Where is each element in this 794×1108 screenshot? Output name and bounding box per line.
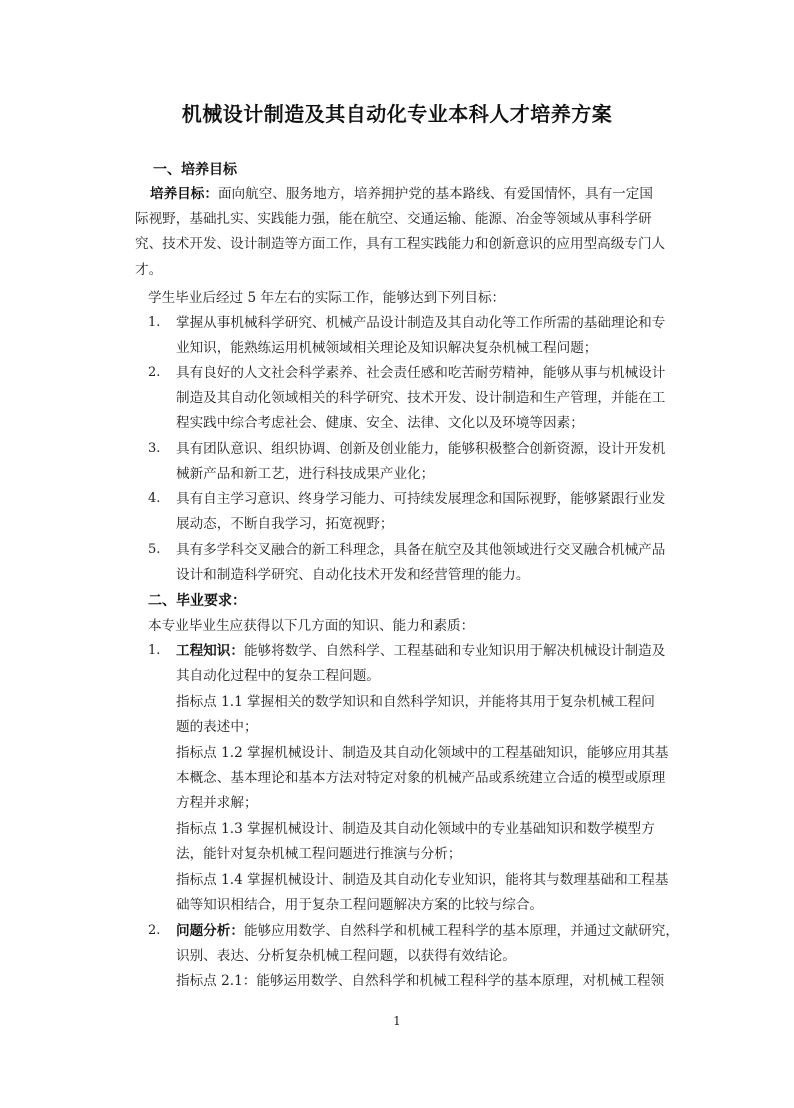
goal-line: 设计和制造科学研究、自动化技术开发和经营管理的能力。 — [176, 566, 529, 584]
requirement-line: 工程知识：能够将数学、自然科学、工程基础和专业知识用于解决机械设计制造及 — [176, 642, 665, 660]
indicator-line: 础等知识相结合，用于复杂工程问题解决方案的比较与综合。 — [176, 896, 543, 914]
objective-paragraph-line: 才。 — [135, 261, 162, 279]
goal-line: 业知识，能熟练运用机械领域相关理论及知识解决复杂机械工程问题； — [176, 339, 597, 357]
goal-line: 具有团队意识、组织协调、创新及创业能力，能够积极整合创新资源，设计开发机 — [176, 440, 665, 458]
document-page: 机械设计制造及其自动化专业本科人才培养方案 一、培养目标 培养目标：面向航空、服… — [0, 0, 794, 1108]
requirement-line: 识别、表达、分析复杂机械工程问题，以获得有效结论。 — [176, 947, 516, 965]
indicator-line: 指标点 2.1：能够运用数学、自然科学和机械工程科学的基本原理，对机械工程领 — [176, 972, 664, 990]
indicator-line: 方程并求解； — [176, 794, 258, 812]
requirement-text: 能够应用数学、自然科学和机械工程科学的基本原理，并通过文献研究， — [244, 923, 679, 939]
requirement-label: 问题分析： — [176, 923, 244, 939]
section-heading-requirements: 二、毕业要求： — [148, 592, 246, 610]
goals-intro: 学生毕业后经过 5 年左右的实际工作，能够达到下列目标： — [148, 289, 505, 307]
requirements-intro: 本专业毕业生应获得以下几方面的知识、能力和素质： — [148, 617, 474, 635]
goal-line: 制造及其自动化领域相关的科学研究、技术开发、设计制造和生产管理，并能在工 — [176, 389, 665, 407]
goal-line: 具有自主学习意识、终身学习能力、可持续发展理念和国际视野，能够紧跟行业发 — [176, 490, 665, 508]
list-number: 3. — [148, 440, 160, 458]
requirement-line: 问题分析：能够应用数学、自然科学和机械工程科学的基本原理，并通过文献研究， — [176, 922, 679, 940]
objective-label: 培养目标： — [150, 186, 218, 202]
list-number: 5. — [148, 541, 160, 559]
objective-paragraph-line: 际视野，基础扎实、实践能力强，能在航空、交通运输、能源、冶金等领域从事科学研 — [135, 210, 652, 228]
indicator-line: 指标点 1.2 掌握机械设计、制造及其自动化领域中的工程基础知识，能够应用其基 — [176, 744, 668, 762]
objective-text: 面向航空、服务地方，培养拥护党的基本路线、有爱国情怀，具有一定国 — [218, 186, 653, 202]
indicator-line: 法，能针对复杂机械工程问题进行推演与分析； — [176, 845, 461, 863]
goal-line: 具有良好的人文社会科学素养、社会责任感和吃苦耐劳精神，能够从事与机械设计 — [176, 364, 665, 382]
list-number: 1. — [148, 642, 160, 660]
requirement-line: 其自动化过程中的复杂工程问题。 — [176, 667, 380, 685]
indicator-line: 指标点 1.4 掌握机械设计、制造及其自动化专业知识，能将其与数理基础和工程基 — [176, 871, 668, 889]
list-number: 4. — [148, 490, 160, 508]
indicator-line: 指标点 1.3 掌握机械设计、制造及其自动化领域中的专业基础知识和数学模型方 — [176, 820, 655, 838]
list-number: 2. — [148, 922, 160, 940]
list-number: 1. — [148, 314, 160, 332]
indicator-line: 本概念、基本理论和基本方法对特定对象的机械产品或系统建立合适的模型或原理 — [176, 769, 665, 787]
page-number: 1 — [0, 1014, 794, 1028]
goal-line: 展动态，不断自我学习，拓宽视野； — [176, 515, 394, 533]
indicator-line: 指标点 1.1 掌握相关的数学知识和自然科学知识，并能将其用于复杂机械工程问 — [176, 693, 655, 711]
requirement-label: 工程知识： — [176, 643, 244, 659]
objective-paragraph-line: 究、技术开发、设计制造等方面工作，具有工程实践能力和创新意识的应用型高级专门人 — [135, 235, 665, 253]
objective-paragraph-line: 培养目标：面向航空、服务地方，培养拥护党的基本路线、有爱国情怀，具有一定国 — [150, 185, 653, 203]
goal-line: 械新产品和新工艺，进行科技成果产业化； — [176, 465, 434, 483]
goal-line: 具有多学科交叉融合的新工科理念，具备在航空及其他领域进行交叉融合机械产品 — [176, 541, 665, 559]
document-title: 机械设计制造及其自动化专业本科人才培养方案 — [0, 98, 794, 127]
goal-line: 程实践中综合考虑社会、健康、安全、法律、文化以及环境等因素； — [176, 414, 584, 432]
section-heading-objectives: 一、培养目标 — [153, 161, 237, 179]
requirement-text: 能够将数学、自然科学、工程基础和专业知识用于解决机械设计制造及 — [244, 643, 665, 659]
indicator-line: 题的表述中； — [176, 718, 258, 736]
goal-line: 掌握从事机械科学研究、机械产品设计制造及其自动化等工作所需的基础理论和专 — [176, 314, 665, 332]
list-number: 2. — [148, 364, 160, 382]
